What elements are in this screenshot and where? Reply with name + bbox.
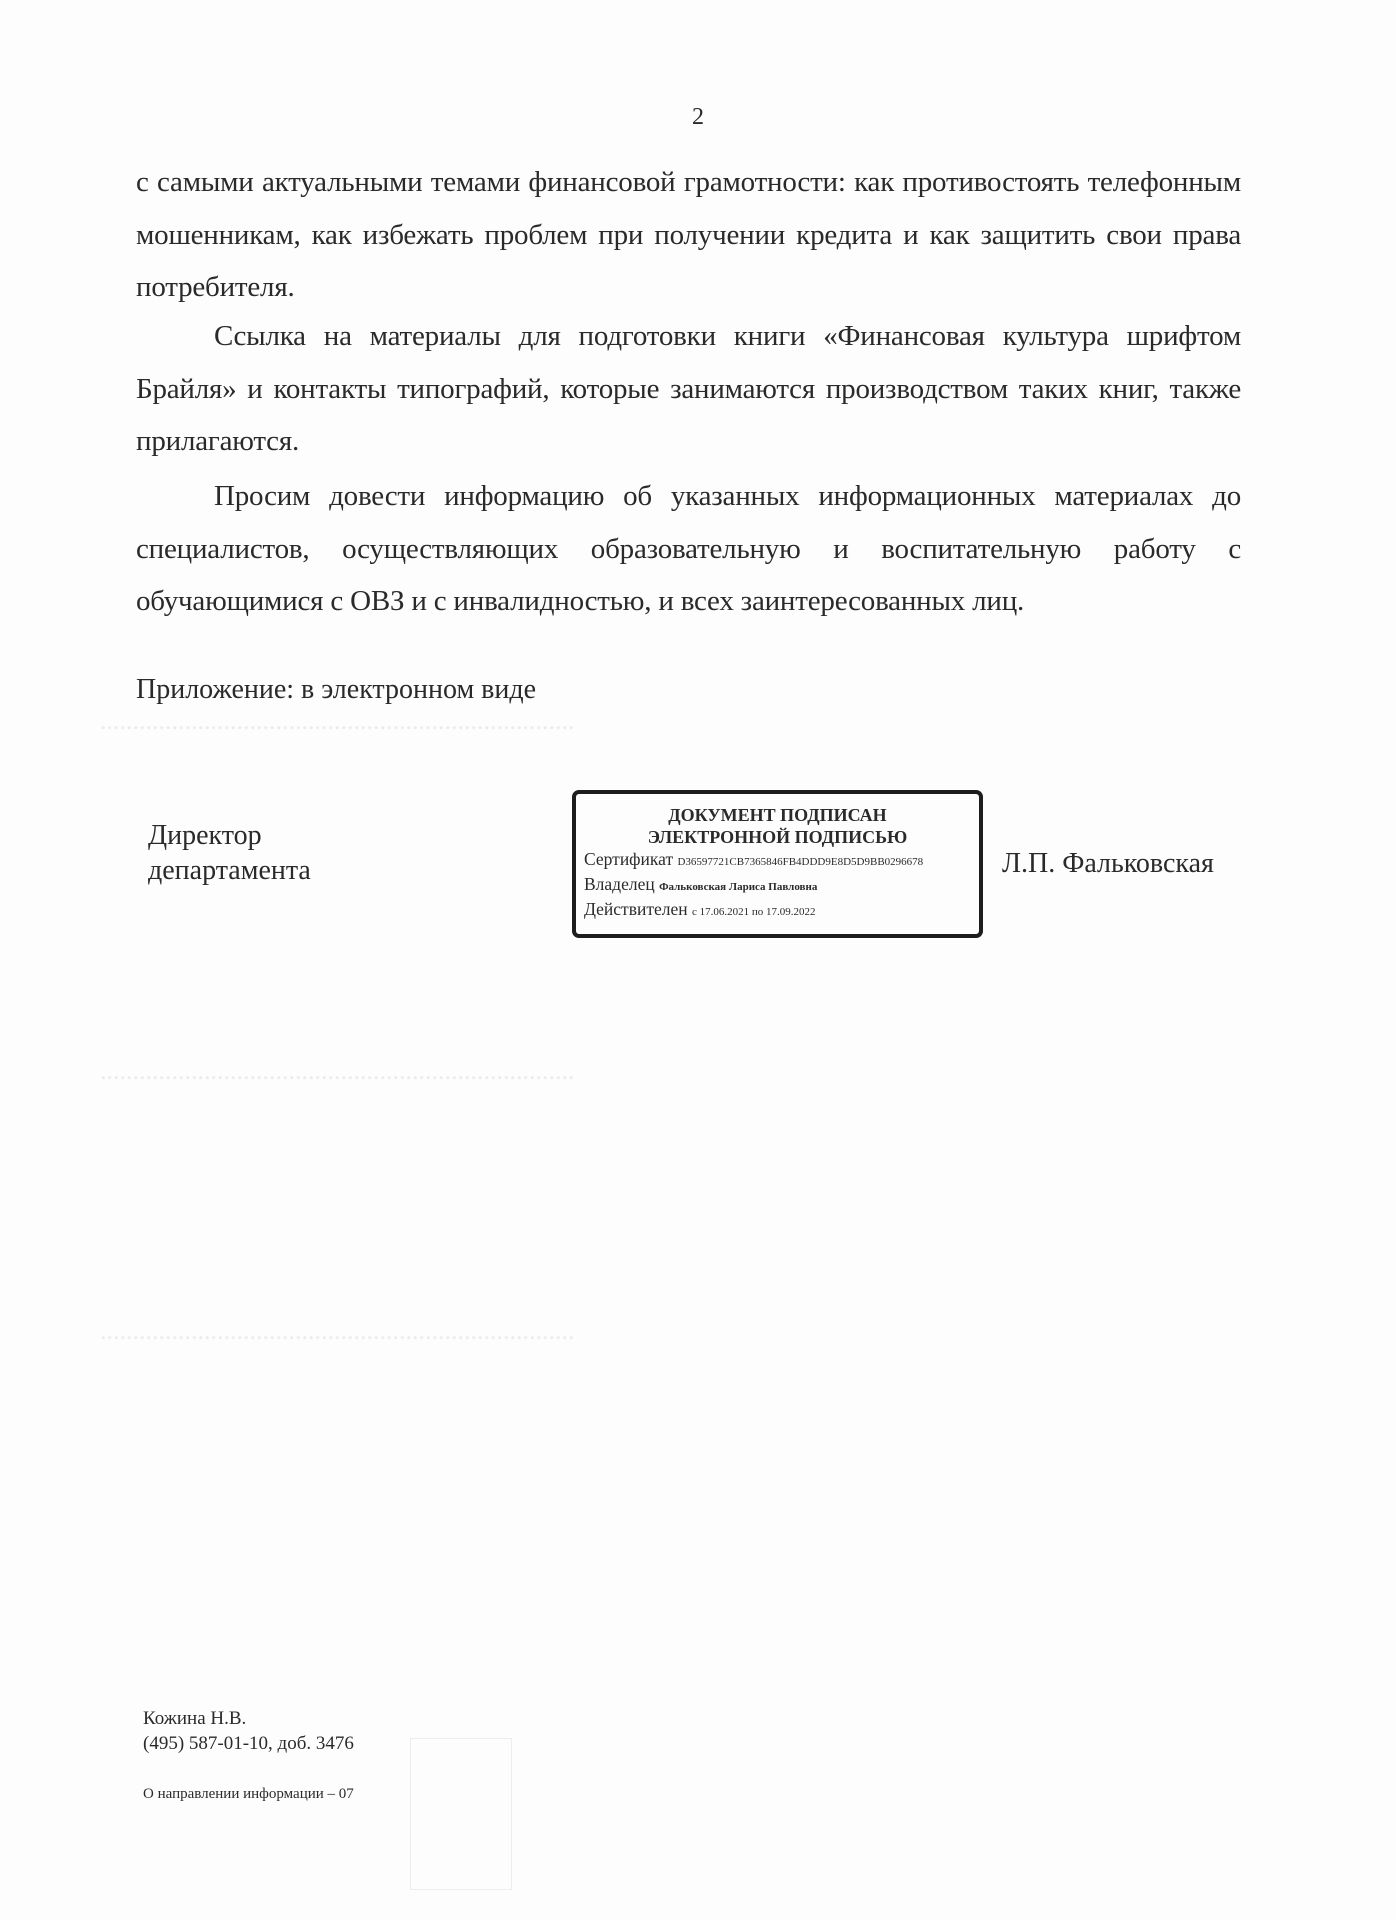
position-line-1: Директор (148, 818, 311, 853)
paragraph-text: с самыми актуальными темами финансовой г… (136, 156, 1241, 314)
attachment-note: Приложение: в электронном виде (136, 674, 536, 706)
stamp-title-line-1: ДОКУМЕНТ ПОДПИСАН (584, 804, 971, 826)
stamp-validity: Действителен с 17.06.2021 по 17.09.2022 (584, 898, 971, 923)
body-paragraph: Просим довести информацию об указанных и… (136, 470, 1241, 628)
signer-position: Директор департамента (148, 818, 311, 888)
certificate-value: D36597721CB7365846FB4DDD9E8D5D9BB0296678 (677, 856, 923, 868)
owner-value: Фальковская Лариса Павловна (659, 881, 817, 893)
page-number: 2 (0, 104, 1396, 131)
stamp-title-line-2: ЭЛЕКТРОННОЙ ПОДПИСЬЮ (584, 826, 971, 848)
electronic-signature-stamp: ДОКУМЕНТ ПОДПИСАН ЭЛЕКТРОННОЙ ПОДПИСЬЮ С… (572, 790, 983, 938)
valid-value: с 17.06.2021 по 17.09.2022 (692, 906, 816, 918)
valid-label: Действителен (584, 899, 688, 919)
body-paragraph: с самыми актуальными темами финансовой г… (136, 156, 1241, 314)
executor-info: Кожина Н.В. (495) 587-01-10, доб. 3476 (143, 1706, 354, 1756)
bleed-through-text: ........................................… (100, 1040, 1356, 1101)
owner-label: Владелец (584, 874, 655, 894)
bleed-through-text: ........................................… (100, 1300, 1356, 1361)
executor-name: Кожина Н.В. (143, 1706, 354, 1731)
body-paragraph: Ссылка на материалы для подготовки книги… (136, 310, 1241, 468)
executor-phone: (495) 587-01-10, доб. 3476 (143, 1731, 354, 1756)
bleed-through-stamp (410, 1738, 512, 1890)
position-line-2: департамента (148, 853, 311, 888)
certificate-label: Сертификат (584, 849, 673, 869)
paragraph-text: Ссылка на материалы для подготовки книги… (136, 310, 1241, 468)
stamp-owner: Владелец Фальковская Лариса Павловна (584, 873, 971, 898)
stamp-certificate: Сертификат D36597721CB7365846FB4DDD9E8D5… (584, 848, 971, 873)
signer-name: Л.П. Фальковская (1002, 848, 1214, 880)
paragraph-text: Просим довести информацию об указанных и… (136, 470, 1241, 628)
document-code: О направлении информации – 07 (143, 1786, 354, 1803)
